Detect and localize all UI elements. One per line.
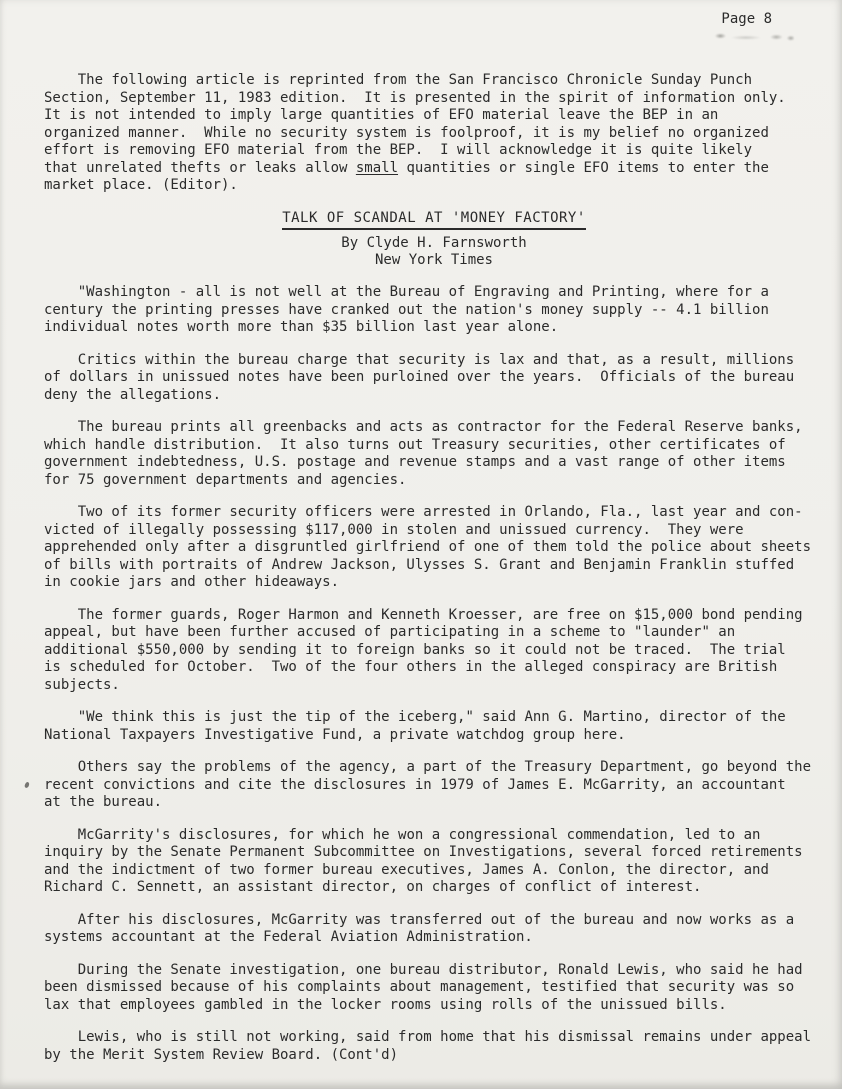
paragraph: The former guards, Roger Harmon and Kenn… bbox=[44, 607, 824, 695]
paragraph: During the Senate investigation, one bur… bbox=[44, 962, 824, 1015]
paragraph: "Washington - all is not well at the Bur… bbox=[44, 284, 824, 337]
scanned-newsletter-page: Page 8 The following article is reprinte… bbox=[0, 0, 842, 1089]
paragraph: The bureau prints all greenbacks and act… bbox=[44, 419, 824, 489]
article-paragraphs: "Washington - all is not well at the Bur… bbox=[44, 284, 824, 1064]
article-source: New York Times bbox=[44, 252, 824, 269]
ink-smudge bbox=[714, 31, 794, 42]
paragraph: After his disclosures, McGarrity was tra… bbox=[44, 912, 824, 947]
paragraph: Two of its former security officers were… bbox=[44, 504, 824, 592]
underlined-word: small bbox=[356, 160, 398, 176]
paragraph: "We think this is just the tip of the ic… bbox=[44, 709, 824, 744]
paragraph: McGarrity's disclosures, for which he wo… bbox=[44, 827, 824, 897]
margin-ink-speck bbox=[24, 781, 30, 788]
page-content: The following article is reprinted from … bbox=[44, 72, 824, 1079]
paragraph: Lewis, who is still not working, said fr… bbox=[44, 1029, 824, 1064]
article-byline: By Clyde H. Farnsworth bbox=[44, 235, 824, 252]
page-number: Page 8 bbox=[721, 10, 772, 28]
editor-note: The following article is reprinted from … bbox=[44, 72, 824, 195]
article-header: TALK OF SCANDAL AT 'MONEY FACTORY' By Cl… bbox=[44, 210, 824, 270]
article-title: TALK OF SCANDAL AT 'MONEY FACTORY' bbox=[282, 210, 586, 231]
paragraph: Critics within the bureau charge that se… bbox=[44, 352, 824, 405]
paragraph: Others say the problems of the agency, a… bbox=[44, 759, 824, 812]
